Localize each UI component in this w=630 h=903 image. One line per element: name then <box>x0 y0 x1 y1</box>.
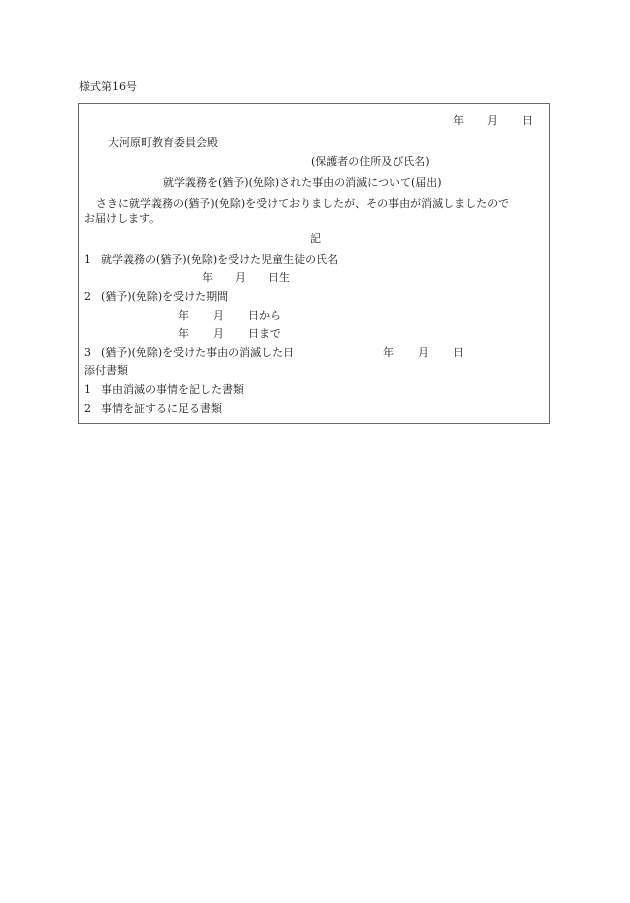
applicant-label: (保護者の住所及び氏名) <box>311 155 430 169</box>
addressee: 大河原町教育委員会殿 <box>108 136 218 150</box>
item-2-to-month: 月 <box>213 327 224 341</box>
attachment-2-number: 2 <box>84 402 91 416</box>
item-1-label: 就学義務の(猶予)(免除)を受けた児童生徒の氏名 <box>101 253 338 267</box>
item-1-number: 1 <box>84 253 91 267</box>
attachment-1-label: 事由消滅の事情を記した書類 <box>101 383 244 397</box>
item-2-from-month: 月 <box>213 309 224 323</box>
item-3-day: 日 <box>453 346 464 360</box>
form-number: 様式第16号 <box>79 80 137 94</box>
item-1-year: 年 <box>202 271 213 285</box>
attachment-2-label: 事情を証するに足る書類 <box>101 402 222 416</box>
item-2-from-year: 年 <box>178 309 189 323</box>
item-2-label: (猶予)(免除)を受けた期間 <box>101 290 228 304</box>
item-3-month: 月 <box>418 346 429 360</box>
ki-heading: 記 <box>310 232 321 246</box>
item-2-to-day: 日まで <box>248 327 281 341</box>
item-3-number: 3 <box>84 346 91 360</box>
item-1-month: 月 <box>235 271 246 285</box>
body-line-2: お届けします。 <box>84 212 160 226</box>
header-date-day: 日 <box>522 114 533 128</box>
item-3-label: (猶予)(免除)を受けた事由の消滅した日 <box>101 346 294 360</box>
item-1-day: 日生 <box>268 271 290 285</box>
attachments-heading: 添付書類 <box>84 364 128 378</box>
header-date-year: 年 <box>453 114 464 128</box>
item-2-to-year: 年 <box>178 327 189 341</box>
item-2-from-day: 日から <box>248 309 281 323</box>
attachment-1-number: 1 <box>84 383 91 397</box>
document-title: 就学義務を(猶予)(免除)された事由の消滅について(届出) <box>163 176 442 190</box>
header-date-month: 月 <box>487 114 498 128</box>
body-line-1: さきに就学義務の(猶予)(免除)を受けておりましたが、その事由が消滅しましたので <box>96 197 509 211</box>
item-3-year: 年 <box>383 346 394 360</box>
item-2-number: 2 <box>84 290 91 304</box>
